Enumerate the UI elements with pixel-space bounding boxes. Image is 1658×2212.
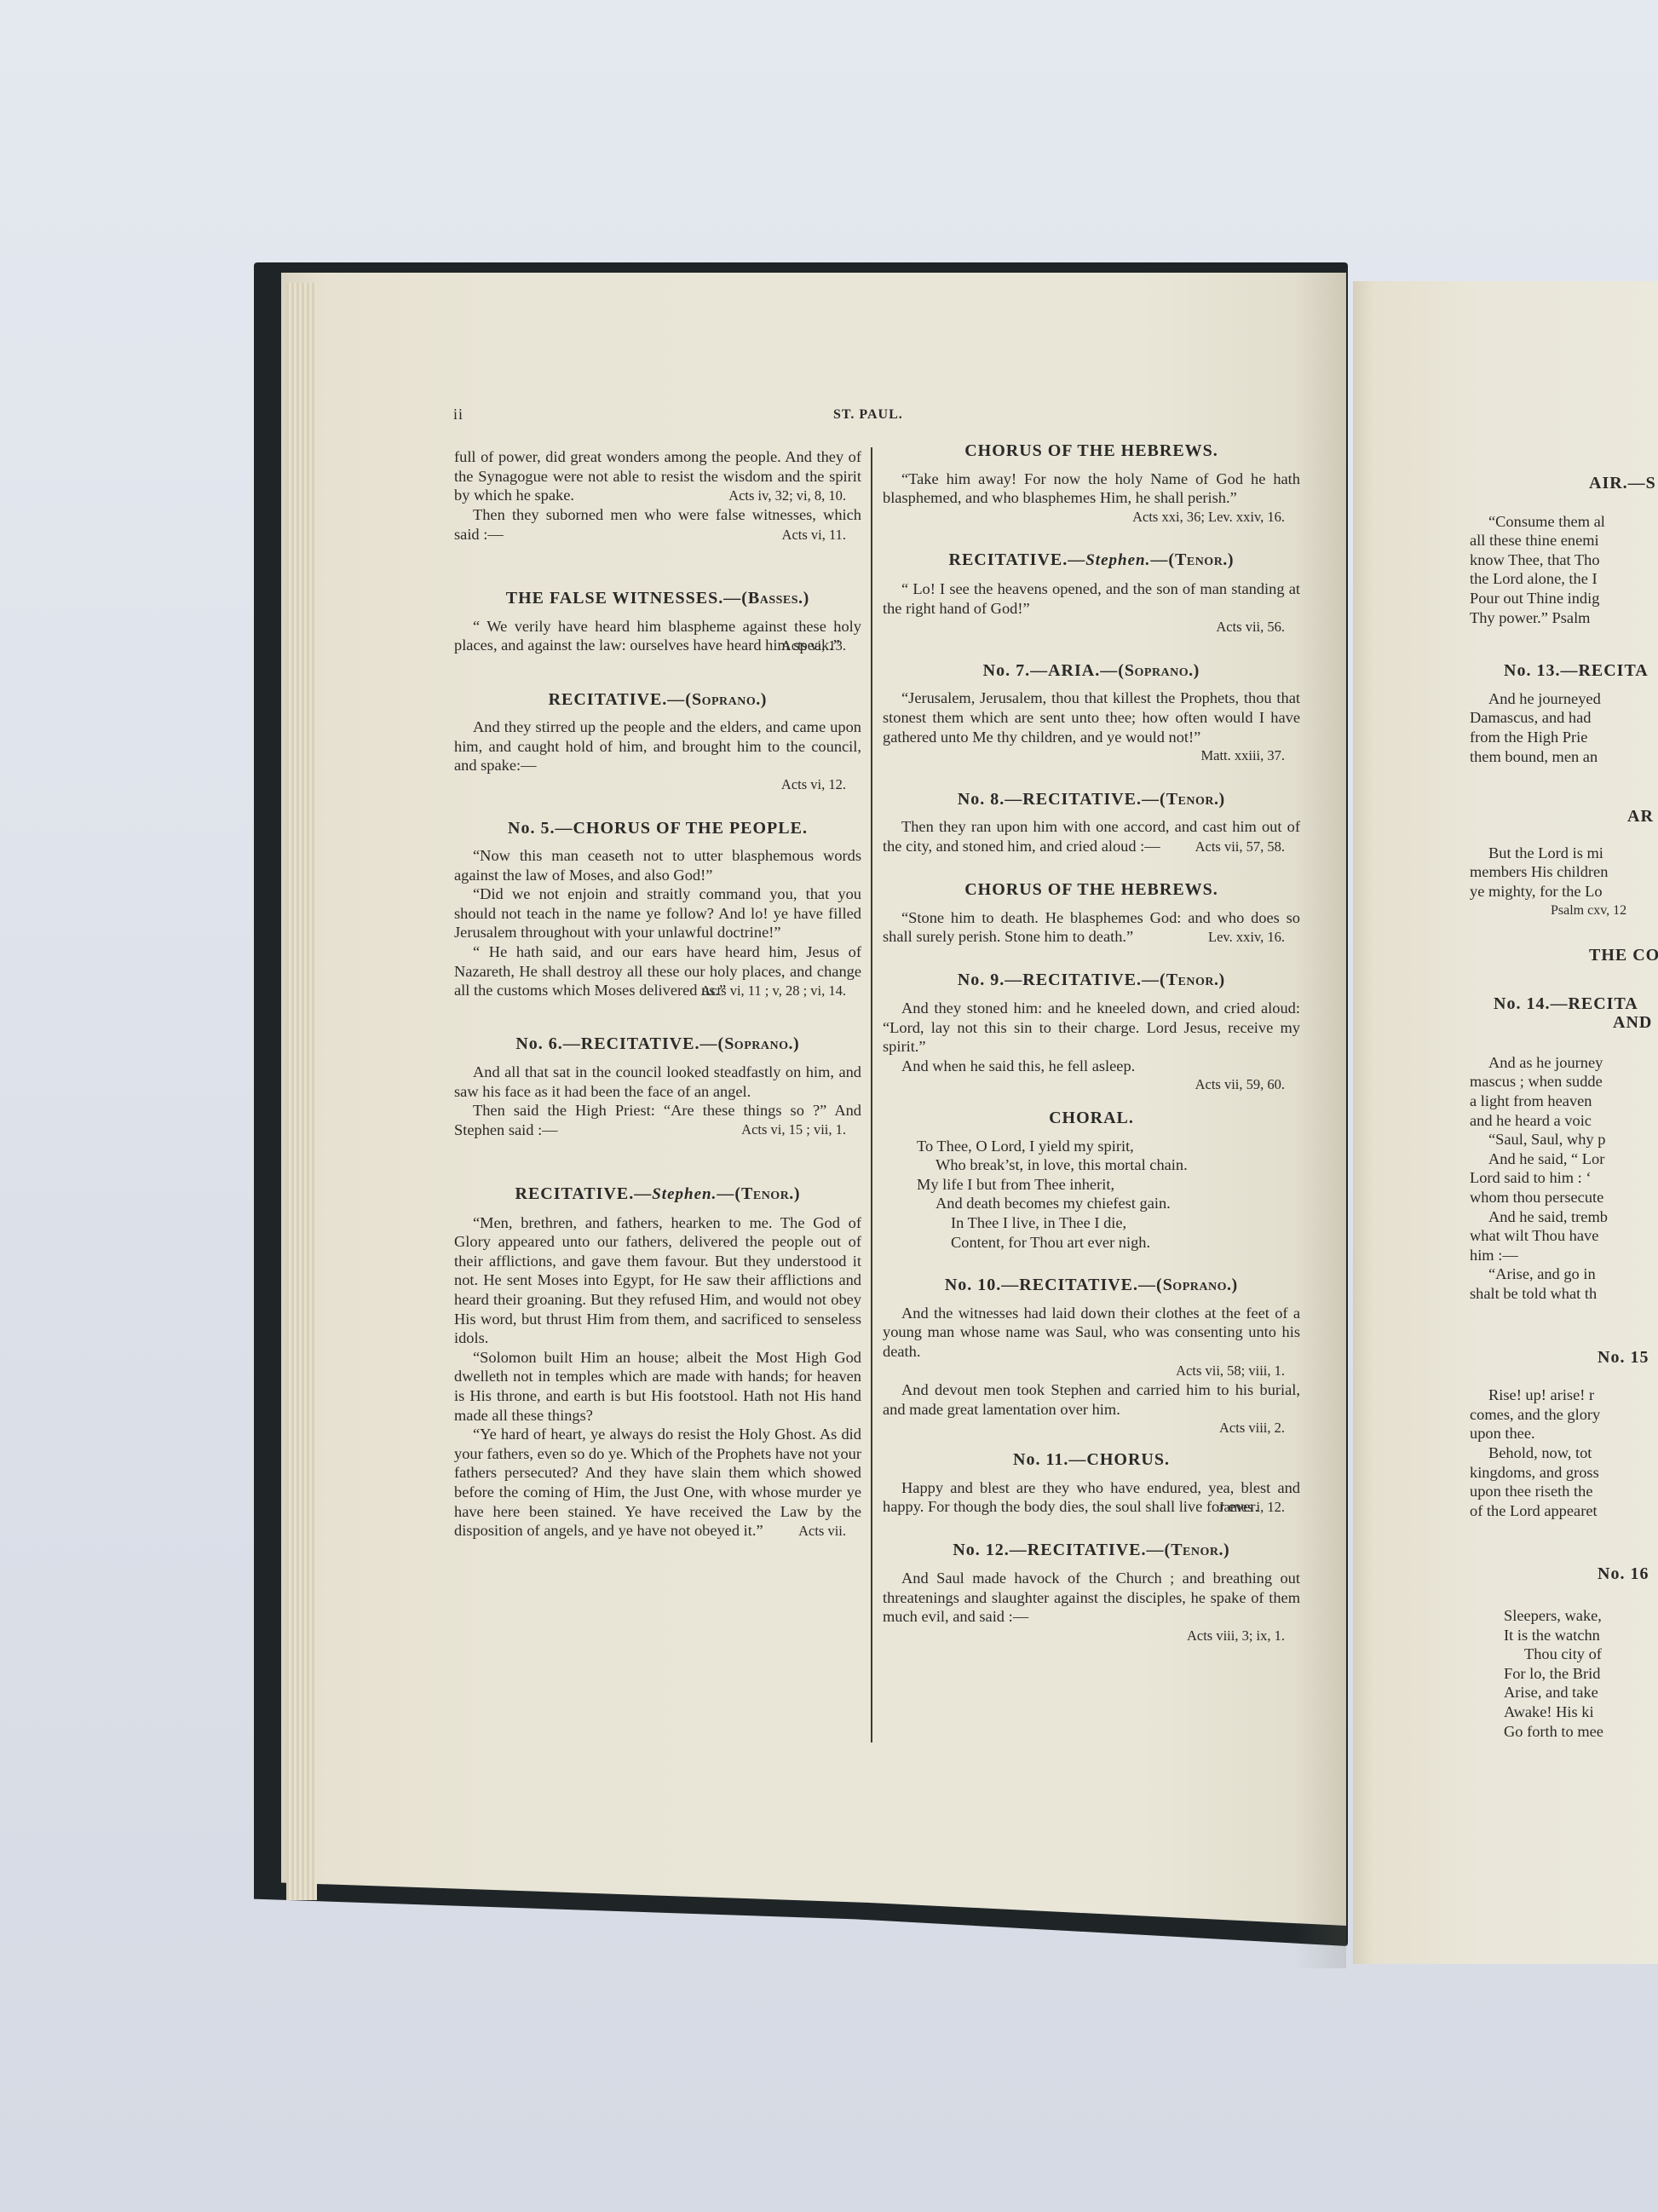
column-1: full of power, did great wonders among t… [454, 447, 861, 1541]
line: whom thou persecute [1470, 1188, 1658, 1207]
section-heading: No. 5.—CHORUS OF THE PEOPLE. [454, 819, 861, 838]
line: shalt be told what th [1470, 1284, 1658, 1304]
column-3-partial: AIR.—S “Consume them al all these thine … [1470, 474, 1658, 1741]
section-heading: No. 6.—RECITATIVE.—(Soprano.) [454, 1034, 861, 1054]
scripture-ref: Acts viii, 3; ix, 1. [883, 1627, 1300, 1646]
aria-section: AR But the Lord is mi members His childr… [1470, 807, 1658, 920]
chorus-of-the-hebrews-2: CHORUS OF THE HEBREWS. “Stone him to dea… [883, 880, 1300, 947]
line: kingdoms, and gross [1470, 1463, 1658, 1483]
column-rule [871, 447, 872, 1743]
section-heading: No. 11.—CHORUS. [883, 1450, 1300, 1470]
verse-line: Arise, and take [1470, 1683, 1658, 1702]
line: ye mighty, for the Lo [1470, 882, 1658, 902]
scripture-ref: Acts vii, 56. [883, 618, 1300, 637]
section-heading: RECITATIVE.—Stephen.—(Tenor.) [883, 550, 1300, 571]
section-heading: AIR.—S [1470, 474, 1658, 493]
column-2: CHORUS OF THE HEBREWS. “Take him away! F… [883, 441, 1300, 1645]
scripture-ref: Acts vii, 59, 60. [883, 1075, 1300, 1095]
line: what wilt Thou have [1470, 1226, 1658, 1246]
section-heading: No. 10.—RECITATIVE.—(Soprano.) [883, 1276, 1300, 1295]
no5-chorus-of-the-people: No. 5.—CHORUS OF THE PEOPLE. “Now this m… [454, 819, 861, 1001]
section-heading: CHORUS OF THE HEBREWS. [883, 441, 1300, 461]
page-edges [286, 283, 317, 1900]
section-heading: No. 15 [1470, 1348, 1658, 1368]
section-text: And Saul made havock of the Church ; and… [883, 1569, 1300, 1627]
no11-chorus: No. 11.—CHORUS. Happy and blest are they… [883, 1450, 1300, 1517]
line: Behold, now, tot [1470, 1443, 1658, 1463]
line: “Consume them al [1470, 512, 1658, 532]
line: all these thine enemi [1470, 531, 1658, 550]
no12-recitative: No. 12.—RECITATIVE.—(Tenor.) And Saul ma… [883, 1541, 1300, 1645]
line: Lord said to him : ‘ [1470, 1168, 1658, 1188]
line: upon thee. [1470, 1424, 1658, 1443]
section-heading: CHORAL. [883, 1109, 1300, 1128]
verse-line: Content, for Thou art ever nigh. [883, 1233, 1300, 1253]
paragraph: “Men, brethren, and fathers, hearken to … [454, 1213, 861, 1348]
line: And he said, “ Lor [1470, 1149, 1658, 1169]
verse-line: It is the watchn [1470, 1626, 1658, 1645]
line: “Arise, and go in [1470, 1264, 1658, 1284]
verse-line: In Thee I live, in Thee I die, [883, 1213, 1300, 1233]
paragraph: And they stoned him: and he kneeled down… [883, 999, 1300, 1057]
line: Thy power.” Psalm [1470, 608, 1658, 628]
section-text: “Take him away! For now the holy Name of… [883, 469, 1300, 508]
section-heading: THE CO [1470, 946, 1658, 965]
section-text: “Jerusalem, Jerusalem, thou that killest… [883, 688, 1300, 746]
verse-line: Go forth to mee [1470, 1722, 1658, 1742]
no7-aria: No. 7.—ARIA.—(Soprano.) “Jerusalem, Jeru… [883, 661, 1300, 766]
line: know Thee, that Tho [1470, 550, 1658, 570]
line: mascus ; when sudde [1470, 1072, 1658, 1092]
section-heading: RECITATIVE.—(Soprano.) [454, 690, 861, 710]
running-title: ST. PAUL. [833, 407, 903, 423]
line: a light from heaven [1470, 1092, 1658, 1111]
line: Rise! up! arise! r [1470, 1385, 1658, 1405]
recitative-stephen-section: RECITATIVE.—Stephen.—(Tenor.) “Men, bret… [454, 1184, 861, 1541]
paragraph: And the witnesses had laid down their cl… [883, 1304, 1300, 1362]
paragraph: “Did we not enjoin and straitly command … [454, 884, 861, 942]
section-heading: AR [1470, 807, 1658, 827]
line: Damascus, and had [1470, 708, 1658, 728]
paragraph: And all that sat in the council looked s… [454, 1063, 861, 1101]
verse-line: Awake! His ki [1470, 1702, 1658, 1722]
false-witnesses-section: THE FALSE WITNESSES.—(Basses.) “ We veri… [454, 589, 861, 655]
line: and he heard a voic [1470, 1111, 1658, 1131]
verse-line: Who break’st, in love, this mortal chain… [883, 1155, 1300, 1175]
line: But the Lord is mi [1470, 844, 1658, 863]
no8-recitative: No. 8.—RECITATIVE.—(Tenor.) Then they ra… [883, 790, 1300, 856]
paragraph: And devout men took Stephen and carried … [883, 1380, 1300, 1419]
no16-section: No. 16 Sleepers, wake, It is the watchn … [1470, 1564, 1658, 1741]
line: And he said, tremb [1470, 1207, 1658, 1227]
line: from the High Prie [1470, 728, 1658, 747]
scripture-ref: Matt. xxiii, 37. [883, 746, 1300, 766]
air-section: AIR.—S “Consume them al all these thine … [1470, 474, 1658, 627]
choral: CHORAL. To Thee, O Lord, I yield my spir… [883, 1109, 1300, 1252]
recitative-soprano-section: RECITATIVE.—(Soprano.) And they stirred … [454, 690, 861, 795]
verse-line: Thou city of [1470, 1645, 1658, 1664]
paragraph: “Now this man ceaseth not to utter blasp… [454, 846, 861, 884]
line: comes, and the glory [1470, 1405, 1658, 1425]
no15-section: No. 15 Rise! up! arise! r comes, and the… [1470, 1348, 1658, 1521]
section-heading: RECITATIVE.—Stephen.—(Tenor.) [454, 1184, 861, 1205]
scripture-ref: Acts vii, 58; viii, 1. [883, 1362, 1300, 1381]
line: the Lord alone, the I [1470, 569, 1658, 589]
line: members His children [1470, 862, 1658, 882]
section-heading: No. 12.—RECITATIVE.—(Tenor.) [883, 1541, 1300, 1560]
section-heading: THE FALSE WITNESSES.—(Basses.) [454, 589, 861, 608]
no6-recitative: No. 6.—RECITATIVE.—(Soprano.) And all th… [454, 1034, 861, 1140]
section-heading: No. 14.—RECITA [1470, 994, 1658, 1014]
section-heading: No. 9.—RECITATIVE.—(Tenor.) [883, 971, 1300, 990]
section-text: And they stirred up the people and the e… [454, 717, 861, 775]
line: “Saul, Saul, why p [1470, 1130, 1658, 1149]
section-heading: No. 7.—ARIA.—(Soprano.) [883, 661, 1300, 681]
page-number: ii [453, 406, 463, 423]
scripture-ref: Acts xxi, 36; Lev. xxiv, 16. [883, 508, 1300, 527]
paragraph: And when he said this, he fell asleep. [883, 1057, 1300, 1076]
line: him :— [1470, 1246, 1658, 1265]
no10-recitative: No. 10.—RECITATIVE.—(Soprano.) And the w… [883, 1276, 1300, 1438]
verse-line: For lo, the Brid [1470, 1664, 1658, 1684]
section-heading: No. 16 [1470, 1564, 1658, 1584]
scripture-ref: Acts vi, 12. [454, 775, 861, 795]
line: upon thee riseth the [1470, 1482, 1658, 1501]
no13-section: No. 13.—RECITA And he journeyed Damascus… [1470, 661, 1658, 766]
chorus-of-the-hebrews-1: CHORUS OF THE HEBREWS. “Take him away! F… [883, 441, 1300, 527]
line: of the Lord appearet [1470, 1501, 1658, 1521]
line: Pour out Thine indig [1470, 589, 1658, 608]
section-heading: CHORUS OF THE HEBREWS. [883, 880, 1300, 900]
verse-line: My life I but from Thee inherit, [883, 1175, 1300, 1195]
recitative-stephen-2: RECITATIVE.—Stephen.—(Tenor.) “ Lo! I se… [883, 550, 1300, 637]
section-heading: No. 13.—RECITA [1470, 661, 1658, 681]
no9-recitative: No. 9.—RECITATIVE.—(Tenor.) And they sto… [883, 971, 1300, 1095]
opening-section: full of power, did great wonders among t… [454, 447, 861, 544]
verse-line: And death becomes my chiefest gain. [883, 1194, 1300, 1213]
section-text: “ Lo! I see the heavens opened, and the … [883, 579, 1300, 618]
line: them bound, men an [1470, 747, 1658, 767]
verse-line: To Thee, O Lord, I yield my spirit, [883, 1137, 1300, 1156]
verse-line: Sleepers, wake, [1470, 1606, 1658, 1626]
scripture-ref: Psalm cxv, 12 [1470, 902, 1658, 921]
no14-section: No. 14.—RECITA AND And as he journey mas… [1470, 994, 1658, 1304]
line: And as he journey [1470, 1053, 1658, 1073]
section-heading: No. 8.—RECITATIVE.—(Tenor.) [883, 790, 1300, 809]
gutter-shadow [1295, 273, 1346, 1968]
paragraph: “Solomon built Him an house; albeit the … [454, 1348, 861, 1425]
section-heading: AND [1470, 1013, 1658, 1033]
scripture-ref: Acts vi, 11. [454, 526, 861, 545]
line: And he journeyed [1470, 689, 1658, 709]
scripture-ref: Acts viii, 2. [883, 1419, 1300, 1438]
